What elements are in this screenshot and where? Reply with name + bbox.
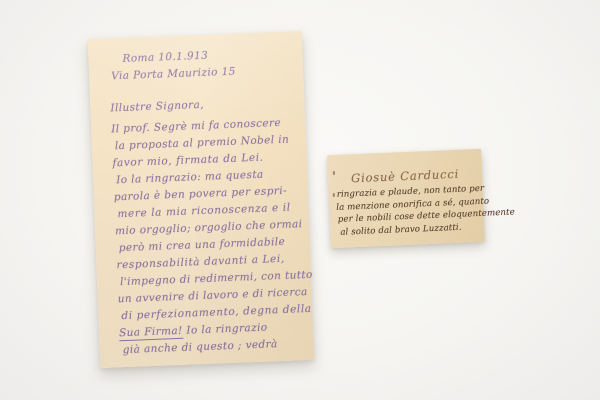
letter-text-block: Roma 10.1.913 Via Porta Maurizio 15 Illu… <box>88 31 314 360</box>
ink-speck <box>333 171 335 175</box>
letter-body: Il prof. Segrè mi fa conoscere la propos… <box>111 114 302 359</box>
letter-underlined-signature-phrase: Sua Firma! <box>119 325 183 341</box>
letter-salutation: Illustre Signora, <box>110 93 293 117</box>
ink-speck <box>333 193 335 197</box>
letter-closing-rest: Io la ringrazio <box>182 322 267 337</box>
carducci-visiting-card: Giosuè Carducci ringrazia e plaude, non … <box>327 149 485 248</box>
handwritten-letter-sheet: Roma 10.1.913 Via Porta Maurizio 15 Illu… <box>88 31 314 368</box>
card-text-block: ringrazia e plaude, non tanto per la men… <box>329 183 485 239</box>
